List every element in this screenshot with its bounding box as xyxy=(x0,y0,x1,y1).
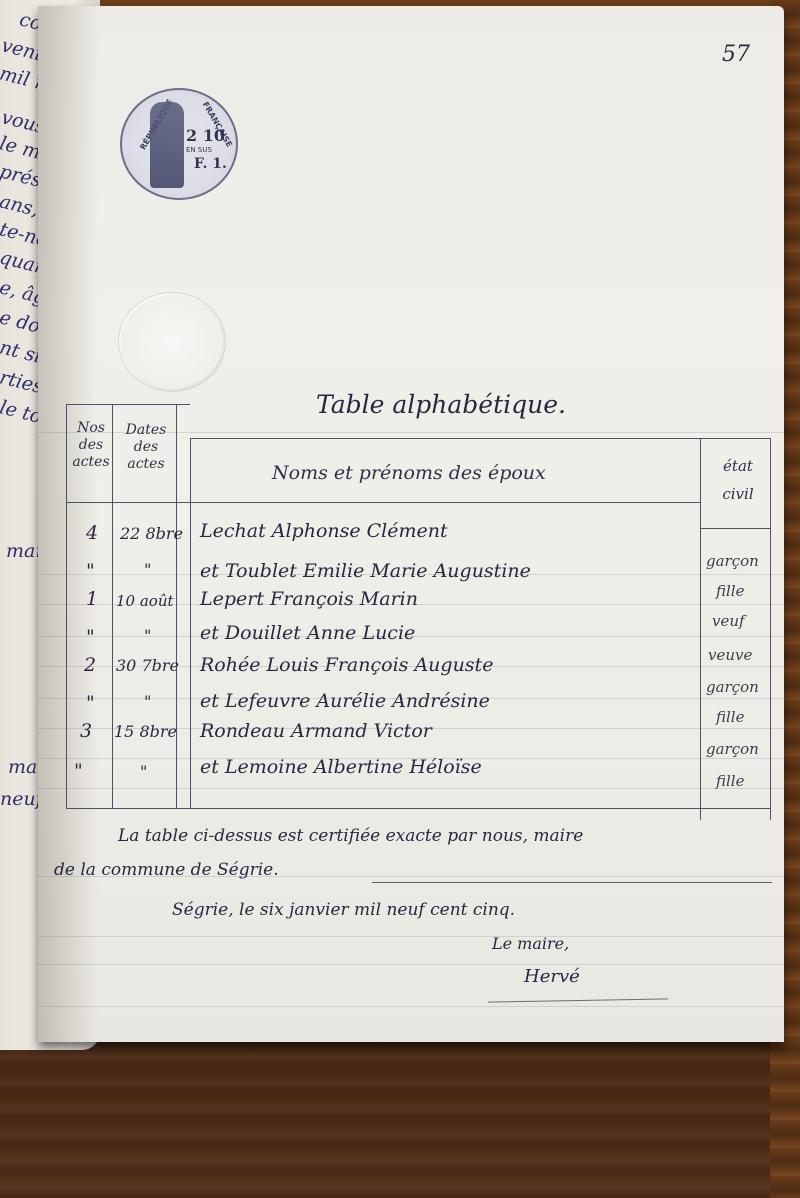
row-status: veuf xyxy=(712,612,745,630)
row-name: et Toublet Emilie Marie Augustine xyxy=(200,560,531,582)
row-status: fille xyxy=(716,582,744,600)
row-name: et Lefeuvre Aurélie Andrésine xyxy=(200,690,490,712)
row-name: Lechat Alphonse Clément xyxy=(200,520,448,542)
embossed-seal xyxy=(118,292,226,392)
table-border-left xyxy=(66,404,67,808)
column-divider xyxy=(176,404,177,808)
table-border-bottom xyxy=(66,808,770,809)
stamp-fee-code: F. 1. xyxy=(194,156,227,172)
certification-line-2: de la commune de Ségrie. xyxy=(54,860,279,880)
row-date: 15 8bre xyxy=(114,722,177,741)
page-number: 57 xyxy=(722,42,750,67)
row-status: fille xyxy=(716,708,744,726)
column-divider xyxy=(112,404,113,808)
mayor-signature: Hervé xyxy=(524,966,580,987)
header-divider xyxy=(700,528,770,529)
row-date: 30 7bre xyxy=(116,656,179,675)
fill-line xyxy=(372,882,772,883)
table-border-top xyxy=(190,438,770,439)
stamp-value: 2 10 xyxy=(186,126,225,145)
row-name: et Douillet Anne Lucie xyxy=(200,622,415,644)
column-divider xyxy=(700,438,701,820)
signatory-role: Le maire, xyxy=(492,934,569,953)
row-number: " xyxy=(74,760,83,782)
row-status: garçon xyxy=(706,740,759,758)
tax-stamp: RÉPUBLIQUE FRANÇAISE 2 10 EN SUS F. 1. xyxy=(120,88,238,200)
certification-date-line: Ségrie, le six janvier mil neuf cent cin… xyxy=(172,900,515,920)
row-name: Lepert François Marin xyxy=(200,588,418,610)
row-number: 3 xyxy=(80,720,92,742)
row-status: garçon xyxy=(706,552,759,570)
row-name: Rohée Louis François Auguste xyxy=(200,654,493,676)
row-number: 4 xyxy=(86,522,98,544)
left-fragment: ma xyxy=(8,756,37,778)
row-status: garçon xyxy=(706,678,759,696)
stamp-value-sub: EN SUS xyxy=(186,146,212,154)
row-date: " xyxy=(144,560,151,579)
row-date: 10 août xyxy=(116,592,174,610)
row-name: Rondeau Armand Victor xyxy=(200,720,432,742)
row-date: 22 8bre xyxy=(120,524,183,543)
header-dates: Dates des actes xyxy=(116,422,176,473)
row-date: " xyxy=(140,762,147,781)
table-border-top-left xyxy=(66,404,190,405)
row-date: " xyxy=(144,692,151,711)
row-number: 2 xyxy=(84,654,96,676)
page-title: Table alphabétique. xyxy=(316,390,566,419)
column-divider xyxy=(190,438,191,808)
row-date: " xyxy=(144,626,151,645)
marianne-figure-icon xyxy=(150,102,184,188)
row-status: fille xyxy=(716,772,744,790)
certification-line-1: La table ci-dessus est certifiée exacte … xyxy=(118,826,583,846)
table-border-right xyxy=(770,438,771,820)
header-divider xyxy=(66,502,700,503)
row-status: veuve xyxy=(708,646,752,664)
row-number: " xyxy=(86,560,95,582)
header-names: Noms et prénoms des époux xyxy=(272,462,546,484)
row-number: 1 xyxy=(86,588,98,610)
header-numbers: Nos des actes xyxy=(72,420,110,471)
row-number: " xyxy=(86,626,95,648)
row-number: " xyxy=(86,692,95,714)
row-name: et Lemoine Albertine Héloïse xyxy=(200,756,482,778)
header-status: état civil xyxy=(710,452,766,508)
